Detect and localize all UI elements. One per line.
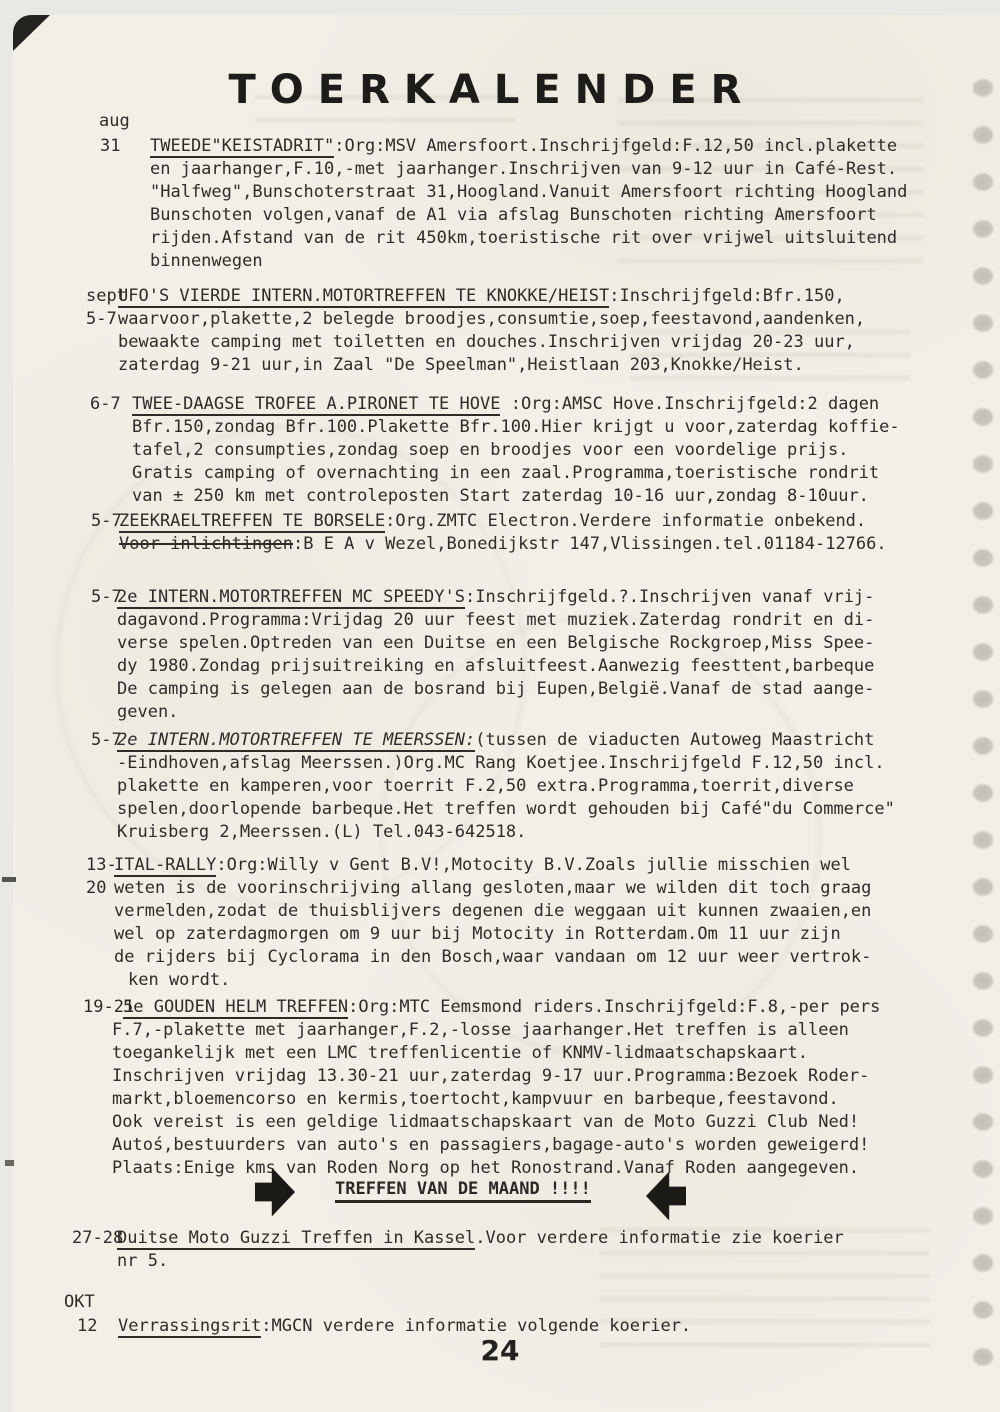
entry-text: :Org:MTC Eemsmond riders.Inschrijfgeld:F…: [348, 997, 880, 1017]
entry-line: nr 5.: [117, 1250, 1000, 1273]
struck-text: Voor inlichtingen: [119, 534, 293, 554]
event-title: TWEEDE"KEISTADRIT": [150, 136, 334, 158]
entry-line: De camping is gelegen aan de bosrand bij…: [117, 678, 1000, 701]
entry-text: :Org:Willy v Gent B.V!,Motocity B.V.Zoal…: [216, 855, 851, 875]
entry-line: binnenwegen: [150, 250, 1000, 273]
date-label: 5-7: [91, 510, 122, 533]
event-title: TWEE-DAAGSE TROFEE A.PIRONET TE HOVE: [132, 394, 500, 416]
calendar-entry: 13- 20 ITAL-RALLY:Org:Willy v Gent B.V!,…: [0, 854, 1000, 992]
month-label: OKT: [64, 1291, 95, 1314]
date-line: 5-7: [91, 586, 122, 609]
date-label: 19-21: [83, 996, 134, 1019]
date-line: 13-: [86, 854, 117, 877]
entry-line: bewaakte camping met toiletten en douche…: [118, 331, 1000, 354]
entry-line: Kruisberg 2,Meerssen.(L) Tel.043-642518.: [117, 821, 1000, 844]
entry-line: waarvoor,plakette,2 belegde broodjes,con…: [118, 308, 1000, 331]
entry-line: Duitse Moto Guzzi Treffen in Kassel.Voor…: [117, 1227, 1000, 1250]
event-title: 5e GOUDEN HELM TREFFEN: [123, 997, 348, 1019]
entry-line: geven.: [117, 701, 1000, 724]
entry-body: TWEEDE"KEISTADRIT":Org:MSV Amersfoort.In…: [150, 135, 1000, 273]
entry-line: ken wordt.: [128, 969, 1000, 992]
entry-line: vermelden,zodat de thuisblijvers degenen…: [114, 900, 1000, 923]
entry-line: zaterdag 9-21 uur,in Zaal "De Speelman",…: [118, 354, 1000, 377]
entry-text: :Org:AMSC Hove.Inschrijfgeld:2 dagen: [500, 394, 879, 414]
entry-text: :MGCN verdere informatie volgende koerie…: [261, 1316, 691, 1336]
entry-body: 2e INTERN.MOTORTREFFEN MC SPEEDY'S:Insch…: [117, 586, 1000, 724]
entry-line: plakette en kamperen,voor toerrit F.2,50…: [117, 775, 1000, 798]
calendar-entry: 19-21 5e GOUDEN HELM TREFFEN:Org:MTC Eem…: [0, 996, 1000, 1180]
entry-text: :Org:MSV Amersfoort.Inschrijfgeld:F.12,5…: [334, 136, 897, 156]
entry-line: en jaarhanger,F.10,-met jaarhanger.Insch…: [150, 158, 1000, 181]
entry-line: van ± 250 km met controleposten Start za…: [132, 485, 1000, 508]
calendar-entry: 6-7 TWEE-DAAGSE TROFEE A.PIRONET TE HOVE…: [0, 393, 1000, 508]
event-title: UFO'S VIERDE INTERN.MOTORTREFFEN TE KNOK…: [118, 286, 609, 308]
date-label: 27-28: [72, 1227, 123, 1250]
entry-body: ITAL-RALLY:Org:Willy v Gent B.V!,Motocit…: [114, 854, 1000, 992]
entry-line: Voor inlichtingen:B E A v Wezel,Bonedijk…: [119, 533, 1000, 556]
entry-text: :B E A v Wezel,Bonedijkstr 147,Vlissinge…: [293, 534, 887, 554]
event-title: 2e INTERN.MOTORTREFFEN TE MEERSSEN:: [117, 730, 475, 752]
event-title: 2e INTERN.MOTORTREFFEN MC SPEEDY'S: [117, 587, 465, 609]
month-label: aug: [99, 110, 130, 133]
entry-text: :Org.ZMTC Electron.Verdere informatie on…: [385, 511, 866, 531]
entry-body: Duitse Moto Guzzi Treffen in Kassel.Voor…: [117, 1227, 1000, 1273]
event-title: ITAL-RALLY: [114, 855, 216, 877]
banner: TREFFEN VAN DE MAAND !!!!: [335, 1178, 591, 1201]
date-label: 31: [100, 135, 120, 158]
date-line: 6-7: [90, 393, 121, 416]
entry-text: :Inschrijfgeld:Bfr.150,: [609, 286, 844, 306]
calendar-entry: 5-7 2e INTERN.MOTORTREFFEN TE MEERSSEN:(…: [0, 729, 1000, 844]
entry-line: spelen,doorlopende barbeque.Het treffen …: [117, 798, 1000, 821]
entry-line: ZEEKRAELTREFFEN TE BORSELE:Org.ZMTC Elec…: [119, 510, 1000, 533]
entry-line: toegankelijk met een LMC treffenlicentie…: [112, 1042, 1000, 1065]
entry-body: TWEE-DAAGSE TROFEE A.PIRONET TE HOVE :Or…: [132, 393, 1000, 508]
date-line: 19-21: [83, 996, 134, 1019]
entry-body: 5e GOUDEN HELM TREFFEN:Org:MTC Eemsmond …: [112, 996, 1000, 1180]
page-title: TOERKALENDER: [0, 67, 970, 113]
entry-line: "Halfweg",Bunschoterstraat 31,Hoogland.V…: [150, 181, 1000, 204]
entry-body: 2e INTERN.MOTORTREFFEN TE MEERSSEN:(tuss…: [117, 729, 1000, 844]
entry-line: tafel,2 consumpties,zondag soep en brood…: [132, 439, 1000, 462]
date-label: 5-7: [91, 729, 122, 752]
event-title: ZEEKRAELTREFFEN TE BORSELE: [119, 511, 385, 533]
entry-line: rijden.Afstand van de rit 450km,toeristi…: [150, 227, 1000, 250]
entry-line: Inschrijven vrijdag 13.30-21 uur,zaterda…: [112, 1065, 1000, 1088]
entry-line: Bunschoten volgen,vanaf de A1 via afslag…: [150, 204, 1000, 227]
entry-line: Autoś,bestuurders van auto's en passagie…: [112, 1134, 1000, 1157]
date-line: 20: [86, 877, 117, 900]
entry-line: 2e INTERN.MOTORTREFFEN MC SPEEDY'S:Insch…: [117, 586, 1000, 609]
entry-text: .Voor verdere informatie zie koerier: [475, 1228, 843, 1248]
date-line: 5-7: [91, 729, 122, 752]
entry-line: TWEE-DAAGSE TROFEE A.PIRONET TE HOVE :Or…: [132, 393, 1000, 416]
entry-line: 2e INTERN.MOTORTREFFEN TE MEERSSEN:(tuss…: [117, 729, 1000, 752]
page-number: 24: [0, 1334, 1000, 1367]
entry-text: (tussen de viaducten Autoweg Maastricht: [475, 730, 874, 750]
entry-line: Gratis camping of overnachting in een za…: [132, 462, 1000, 485]
event-title: Duitse Moto Guzzi Treffen in Kassel: [117, 1228, 475, 1250]
entry-line: Ook vereist is een geldige lidmaatschaps…: [112, 1111, 1000, 1134]
entry-line: Plaats:Enige kms van Roden Norg op het R…: [112, 1157, 1000, 1180]
entry-line: de rijders bij Cyclorama in den Bosch,wa…: [114, 946, 1000, 969]
entry-line: F.7,-plakette met jaarhanger,F.2,-losse …: [112, 1019, 1000, 1042]
entry-line: dy 1980.Zondag prijsuitreiking en afslui…: [117, 655, 1000, 678]
date-label: 6-7: [90, 393, 121, 416]
entry-body: ZEEKRAELTREFFEN TE BORSELE:Org.ZMTC Elec…: [119, 510, 1000, 556]
date-line: 5-7: [91, 510, 122, 533]
date-label: sept 5-7: [86, 285, 127, 331]
entry-line: wel op zaterdagmorgen om 9 uur bij Motoc…: [114, 923, 1000, 946]
entry-line: weten is de voorinschrijving allang gesl…: [114, 877, 1000, 900]
calendar-entry: aug 31 TWEEDE"KEISTADRIT":Org:MSV Amersf…: [0, 135, 1000, 273]
entry-line: dagavond.Programma:Vrijdag 20 uur feest …: [117, 609, 1000, 632]
entry-line: ITAL-RALLY:Org:Willy v Gent B.V!,Motocit…: [114, 854, 1000, 877]
date-line: sept: [86, 285, 127, 308]
entry-line: -Eindhoven,afslag Meerssen.)Org.MC Rang …: [117, 752, 1000, 775]
entry-body: UFO'S VIERDE INTERN.MOTORTREFFEN TE KNOK…: [118, 285, 1000, 377]
calendar-entry: 5-7 ZEEKRAELTREFFEN TE BORSELE:Org.ZMTC …: [0, 510, 1000, 556]
entry-line: 5e GOUDEN HELM TREFFEN:Org:MTC Eemsmond …: [112, 996, 1000, 1019]
entry-line: UFO'S VIERDE INTERN.MOTORTREFFEN TE KNOK…: [118, 285, 1000, 308]
date-line: 31: [100, 135, 120, 158]
entry-line: Bfr.150,zondag Bfr.100.Plakette Bfr.100.…: [132, 416, 1000, 439]
calendar-entry: 5-7 2e INTERN.MOTORTREFFEN MC SPEEDY'S:I…: [0, 586, 1000, 724]
calendar-entry: 27-28 Duitse Moto Guzzi Treffen in Kasse…: [0, 1227, 1000, 1273]
date-label: 5-7: [91, 586, 122, 609]
date-line: 27-28: [72, 1227, 123, 1250]
date-label: 13- 20: [86, 854, 117, 900]
entry-line: TWEEDE"KEISTADRIT":Org:MSV Amersfoort.In…: [150, 135, 1000, 158]
entry-line: markt,bloemencorso en kermis,toertocht,k…: [112, 1088, 1000, 1111]
calendar-entry: sept 5-7 UFO'S VIERDE INTERN.MOTORTREFFE…: [0, 285, 1000, 377]
entry-line: verse spelen.Optreden van een Duitse en …: [117, 632, 1000, 655]
entry-text: :Inschrijfgeld.?.Inschrijven vanaf vrij-: [465, 587, 874, 607]
date-line: 5-7: [86, 308, 127, 331]
banner-text: TREFFEN VAN DE MAAND !!!!: [335, 1179, 591, 1203]
